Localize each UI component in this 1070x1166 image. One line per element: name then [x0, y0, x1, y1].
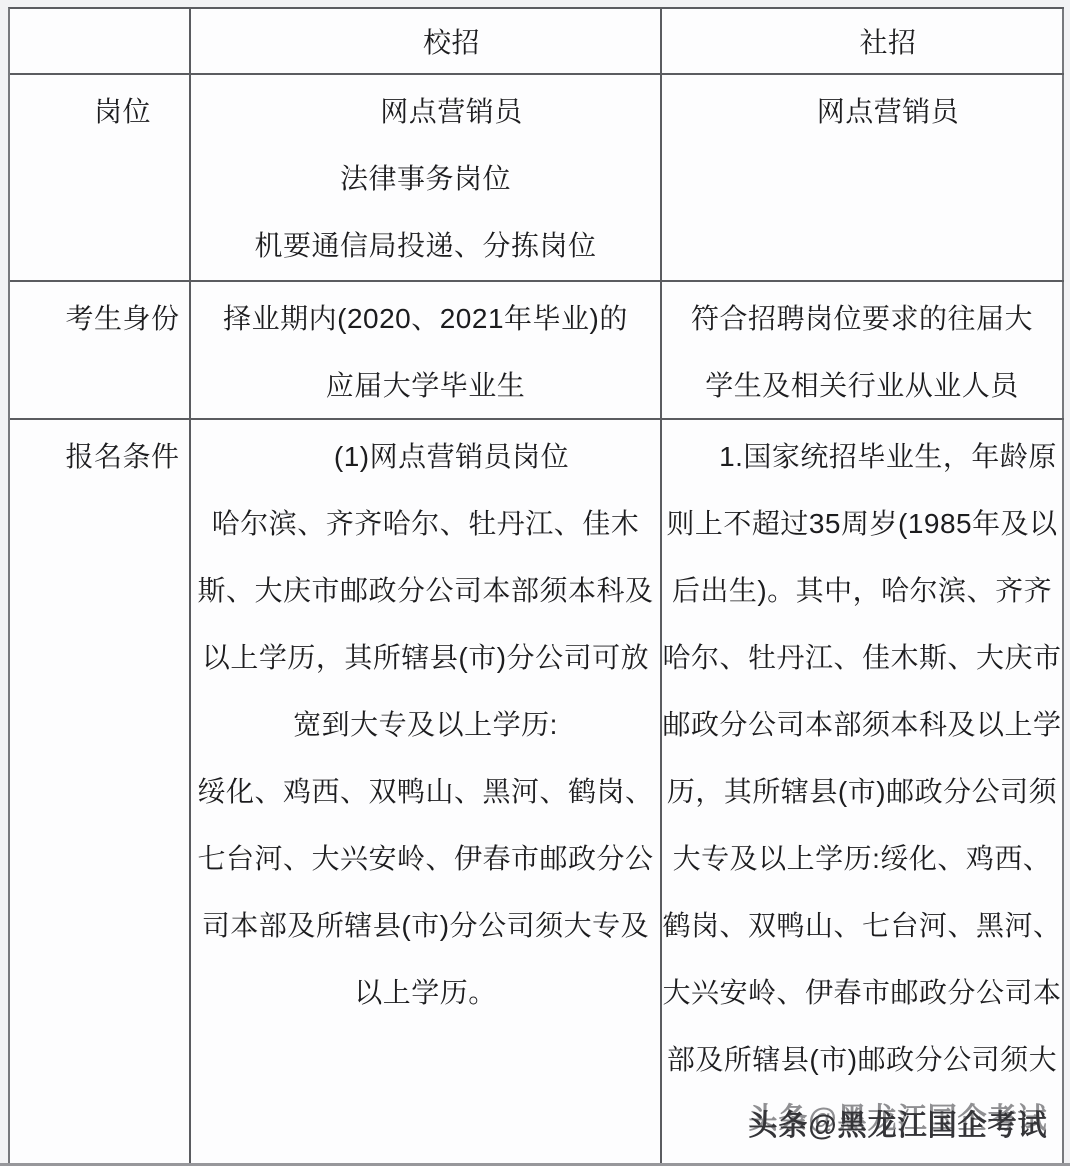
cell-line: 法律事务岗位 — [191, 145, 660, 212]
cell-line: 择业期内(2020、2021年毕业)的 — [191, 285, 660, 352]
header-empty-cell — [10, 9, 191, 73]
post-campus-cell: 网点营销员 法律事务岗位 机要通信局投递、分拣岗位 — [191, 75, 662, 280]
table-row-identity: 考生身份 择业期内(2020、2021年毕业)的 应届大学毕业生 符合招聘岗位要… — [10, 282, 1064, 420]
cell-line: 符合招聘岗位要求的往届大 — [662, 285, 1062, 352]
cell-line: 绥化、鸡西、双鸭山、黑河、鹤岗、 — [191, 758, 660, 825]
watermark-text: 头条@黑龙江国企考试 — [662, 1093, 1062, 1160]
cell-line: 哈尔、牡丹江、佳木斯、大庆市 — [662, 624, 1062, 691]
header-social-label: 社招 — [662, 12, 1062, 73]
header-campus-cell: 校招 — [191, 9, 662, 73]
table-header-row: 校招 社招 — [10, 9, 1064, 75]
cell-line: 鹤岗、双鸭山、七台河、黑河、 — [662, 892, 1062, 959]
cell-line: 哈尔滨、齐齐哈尔、牡丹江、佳木 — [191, 490, 660, 557]
row-label: 报名条件 — [10, 423, 189, 490]
cell-line: 以上学历。 — [191, 959, 660, 1026]
identity-campus-cell: 择业期内(2020、2021年毕业)的 应届大学毕业生 — [191, 282, 662, 418]
cell-line: 机要通信局投递、分拣岗位 — [191, 212, 660, 279]
cell-line: 部及所辖县(市)邮政分公司须大 — [662, 1026, 1062, 1093]
cell-line: 网点营销员 — [191, 78, 660, 145]
cell-line: 则上不超过35周岁(1985年及以 — [662, 490, 1062, 557]
cell-line: 大专及以上学历:绥化、鸡西、 — [662, 825, 1062, 892]
identity-label-cell: 考生身份 — [10, 282, 191, 418]
cell-line: 宽到大专及以上学历: — [191, 691, 660, 758]
header-social-cell: 社招 — [662, 9, 1064, 73]
cell-line: 历，其所辖县(市)邮政分公司须 — [662, 758, 1062, 825]
cell-line: 学生及相关行业从业人员 — [662, 352, 1062, 418]
cell-line: 七台河、大兴安岭、伊春市邮政分公 — [191, 825, 660, 892]
post-social-cell: 网点营销员 — [662, 75, 1064, 280]
row-label: 考生身份 — [10, 285, 189, 352]
cell-line: 网点营销员 — [662, 78, 1062, 145]
row-label: 岗位 — [10, 78, 189, 145]
cell-line: 斯、大庆市邮政分公司本部须本科及 — [191, 557, 660, 624]
cell-line: 司本部及所辖县(市)分公司须大专及 — [191, 892, 660, 959]
table-row-condition: 报名条件 (1)网点营销员岗位 哈尔滨、齐齐哈尔、牡丹江、佳木 斯、大庆市邮政分… — [10, 420, 1064, 1166]
recruitment-comparison-table: 校招 社招 岗位 网点营销员 法律事务岗位 机要通信局投递、分拣岗位 网点营销员… — [8, 7, 1064, 1166]
cell-line: 大兴安岭、伊春市邮政分公司本 — [662, 959, 1062, 1026]
cell-line: 邮政分公司本部须本科及以上学 — [662, 691, 1062, 758]
cell-line: 1.国家统招毕业生，年龄原 — [662, 423, 1062, 490]
condition-label-cell: 报名条件 — [10, 420, 191, 1166]
cell-line: 应届大学毕业生 — [191, 352, 660, 418]
identity-social-cell: 符合招聘岗位要求的往届大 学生及相关行业从业人员 — [662, 282, 1064, 418]
post-label-cell: 岗位 — [10, 75, 191, 280]
cell-line: 后出生)。其中，哈尔滨、齐齐 — [662, 557, 1062, 624]
condition-social-cell: 1.国家统招毕业生，年龄原 则上不超过35周岁(1985年及以 后出生)。其中，… — [662, 420, 1064, 1166]
table-row-post: 岗位 网点营销员 法律事务岗位 机要通信局投递、分拣岗位 网点营销员 — [10, 75, 1064, 282]
condition-campus-cell: (1)网点营销员岗位 哈尔滨、齐齐哈尔、牡丹江、佳木 斯、大庆市邮政分公司本部须… — [191, 420, 662, 1166]
cell-line: (1)网点营销员岗位 — [191, 423, 660, 490]
cell-line: 以上学历，其所辖县(市)分公司可放 — [191, 624, 660, 691]
header-campus-label: 校招 — [191, 12, 660, 73]
